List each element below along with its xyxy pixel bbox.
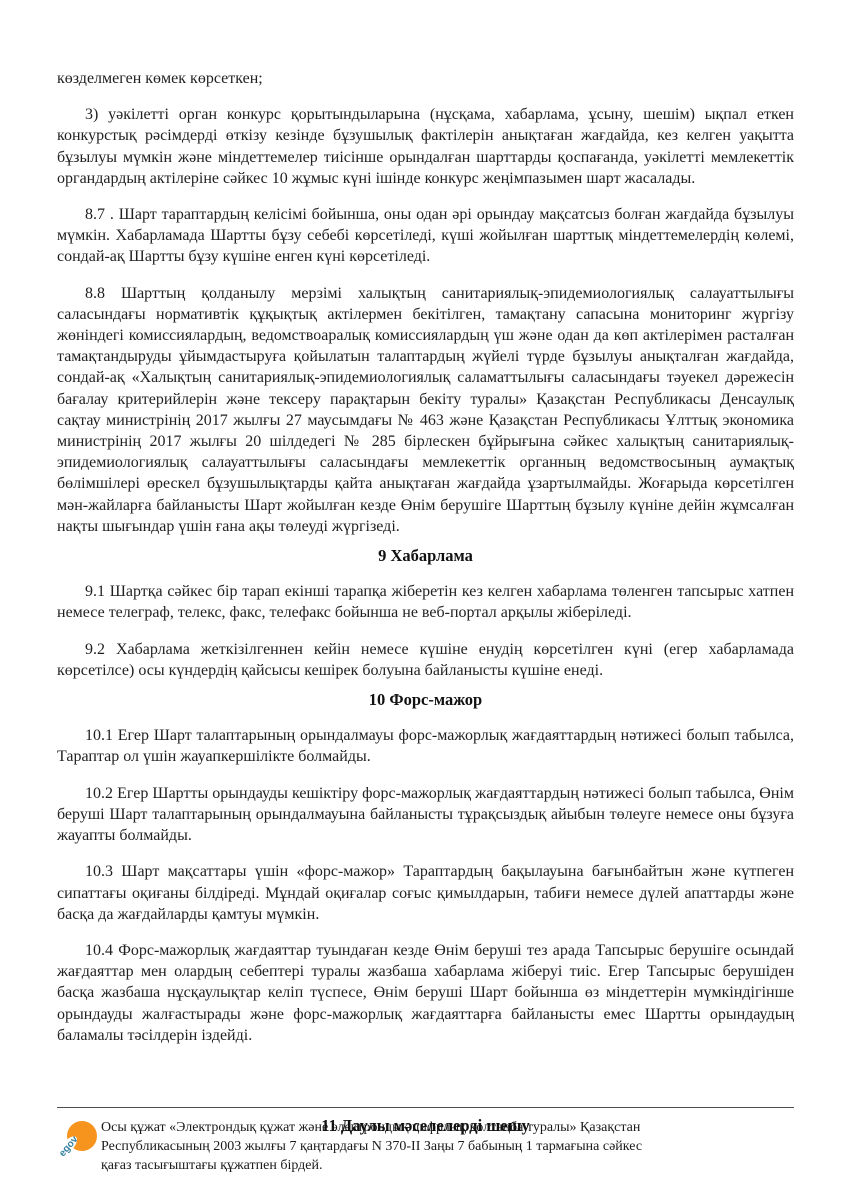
document-page: көзделмеген көмек көрсеткен; 3) уәкілетт…	[0, 0, 849, 1200]
section-heading-9: 9 Хабарлама	[57, 545, 794, 566]
section-heading-10: 10 Форс-мажор	[57, 689, 794, 710]
paragraph-clause-3: 3) уәкілетті орган конкурс қорытындылары…	[57, 104, 794, 189]
section-heading-11: 11 Даулы мәселелерді шешу	[57, 1115, 794, 1136]
paragraph-9-1: 9.1 Шартқа сәйкес бір тарап екінші тарап…	[57, 581, 794, 623]
paragraph-10-2: 10.2 Егер Шартты орындауды кешіктіру фор…	[57, 783, 794, 847]
paragraph-8-7: 8.7 . Шарт тараптардың келісімі бойынша,…	[57, 204, 794, 268]
paragraph-continuation: көзделмеген көмек көрсеткен;	[57, 68, 794, 89]
footer-area: 11 Даулы мәселелерді шешу egov Осы құжат…	[57, 1107, 794, 1175]
paragraph-8-8: 8.8 Шарттың қолданылу мерзімі халықтың с…	[57, 283, 794, 537]
document-body: көзделмеген көмек көрсеткен; 3) уәкілетт…	[57, 68, 794, 1061]
paragraph-10-4: 10.4 Форс-мажорлық жағдаяттар туындаған …	[57, 940, 794, 1046]
paragraph-10-1: 10.1 Егер Шарт талаптарының орындалмауы …	[57, 725, 794, 767]
paragraph-10-3: 10.3 Шарт мақсаттары үшін «форс-мажор» Т…	[57, 861, 794, 925]
paragraph-9-2: 9.2 Хабарлама жеткізілгеннен кейін немес…	[57, 639, 794, 681]
